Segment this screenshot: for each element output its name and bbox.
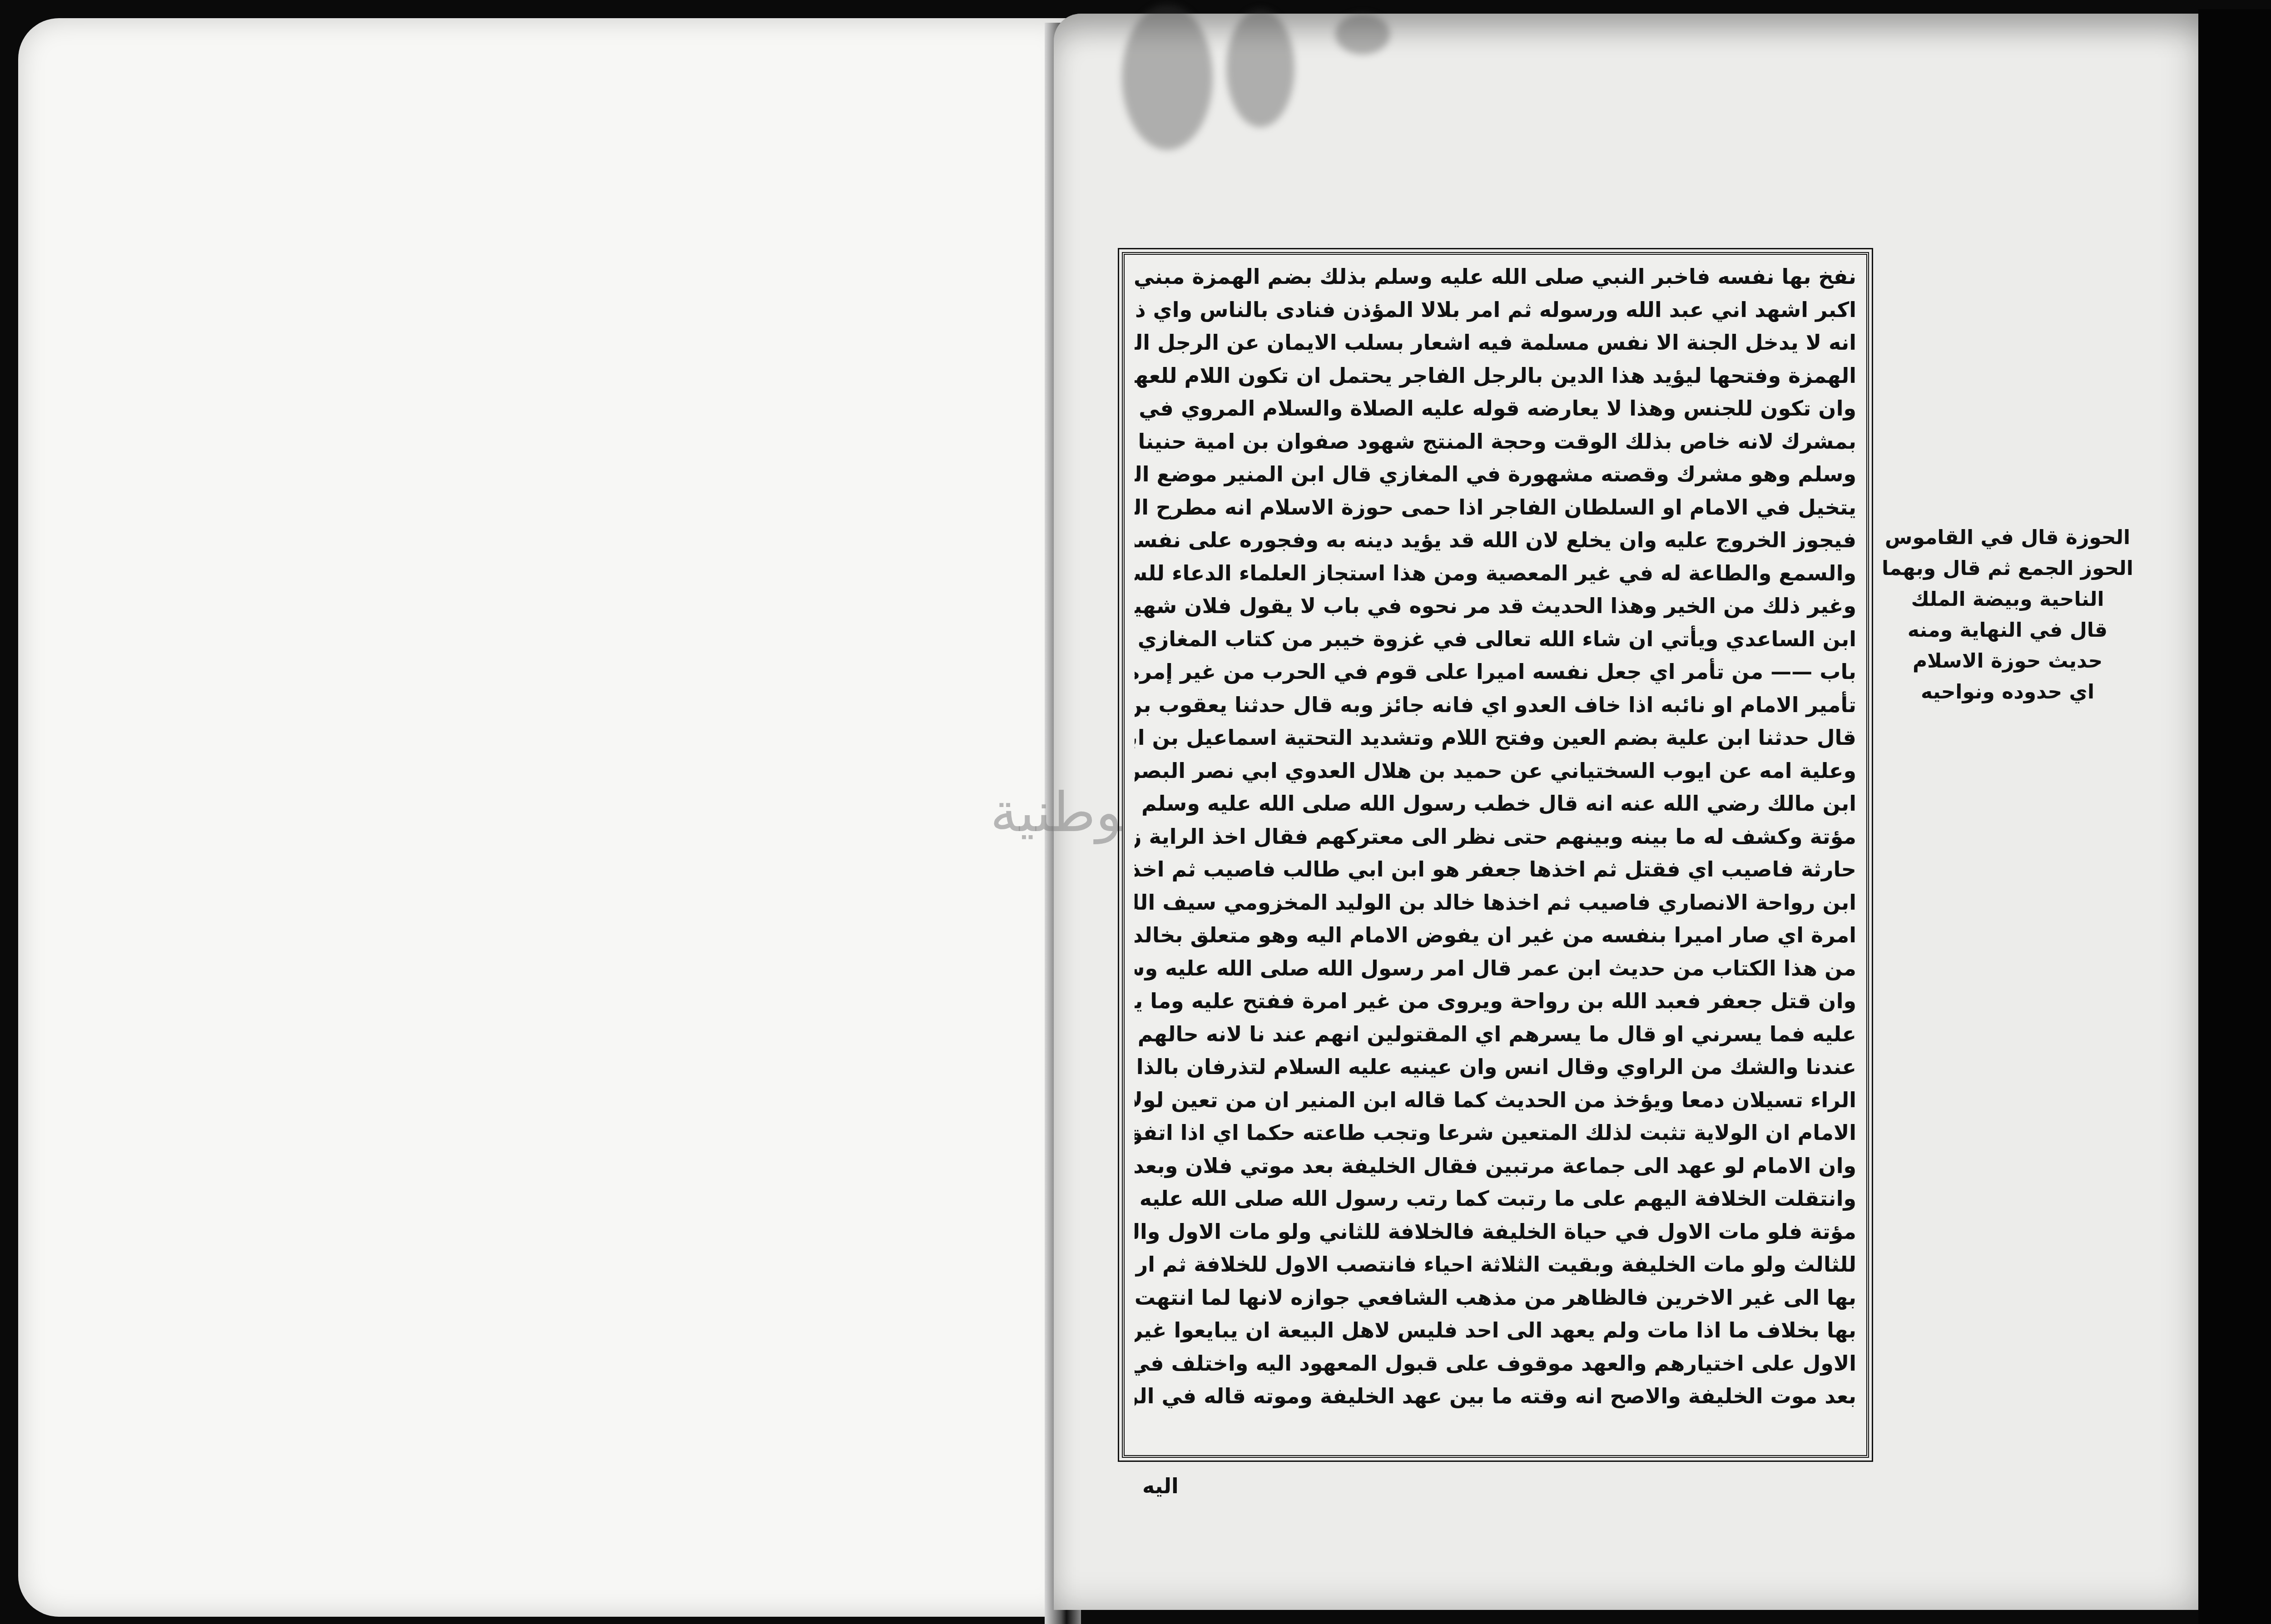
text-line: قال حدثنا ابن علية بضم العين وفتح اللام … bbox=[1135, 721, 1856, 754]
text-line: وغير ذلك من الخير وهذا الحديث قد مر نحوه… bbox=[1135, 589, 1856, 623]
margin-line: الحوزة قال في القاموس bbox=[1880, 522, 2135, 553]
text-line: مؤتة فلو مات الاول في حياة الخليفة فالخل… bbox=[1135, 1215, 1856, 1248]
water-stain bbox=[1122, 5, 1213, 150]
text-line: وسلم وهو مشرك وقصته مشهورة في المغازي قا… bbox=[1135, 458, 1856, 491]
text-line: من هذا الكتاب من حديث ابن عمر قال امر رس… bbox=[1135, 952, 1856, 985]
text-line: عليه فما يسرني او قال ما يسرهم اي المقتو… bbox=[1135, 1018, 1856, 1051]
margin-line: اي حدوده ونواحيه bbox=[1880, 677, 2135, 708]
text-line: تأمير الامام او نائبه اذا خاف العدو اي ف… bbox=[1135, 688, 1856, 722]
text-line: الاول على اختيارهم والعهد موقوف على قبول… bbox=[1135, 1347, 1856, 1380]
margin-line: الحوز الجمع ثم قال وبهما bbox=[1880, 553, 2135, 584]
margin-gloss: الحوزة قال في القاموس الحوز الجمع ثم قال… bbox=[1880, 522, 2135, 708]
text-line: ابن مالك رضي الله عنه انه قال خطب رسول ا… bbox=[1135, 787, 1856, 820]
text-line: الراء تسيلان دمعا ويؤخذ من الحديث كما قا… bbox=[1135, 1084, 1856, 1117]
text-line: وعلية امه عن ايوب السختياني عن حميد بن ه… bbox=[1135, 754, 1856, 787]
text-line: بعد موت الخليفة والاصح انه وقته ما بين ع… bbox=[1135, 1380, 1856, 1413]
text-line: وان قتل جعفر فعبد الله بن رواحة ويروى من… bbox=[1135, 985, 1856, 1018]
water-stain bbox=[1226, 9, 1294, 127]
text-line: انه لا يدخل الجنة الا نفس مسلمة فيه اشعا… bbox=[1135, 326, 1856, 359]
catchword: اليه bbox=[1142, 1474, 1179, 1498]
text-line: الامام ان الولاية تثبت لذلك المتعين شرعا… bbox=[1135, 1116, 1856, 1149]
text-line: وان تكون للجنس وهذا لا يعارضه قوله عليه … bbox=[1135, 392, 1856, 425]
text-line: فيجوز الخروج عليه وان يخلع لان الله قد ي… bbox=[1135, 524, 1856, 557]
text-line: عندنا والشك من الراوي وقال انس وان عينيه… bbox=[1135, 1050, 1856, 1084]
text-line: امرة اي صار اميرا بنفسه من غير ان يفوض ا… bbox=[1135, 919, 1856, 952]
text-line: يتخيل في الامام او السلطان الفاجر اذا حم… bbox=[1135, 491, 1856, 524]
text-line: وان الامام لو عهد الى جماعة مرتبين فقال … bbox=[1135, 1149, 1856, 1183]
text-line: باب —— من تأمر اي جعل نفسه اميرا على قوم… bbox=[1135, 655, 1856, 688]
margin-line: الناحية وبيضة الملك bbox=[1880, 584, 2135, 615]
text-line: اكبر اشهد اني عبد الله ورسوله ثم امر بلا… bbox=[1135, 293, 1856, 327]
water-stain bbox=[1335, 14, 1390, 54]
text-line: والسمع والطاعة له في غير المعصية ومن هذا… bbox=[1135, 557, 1856, 590]
text-line: ابن رواحة الانصاري فاصيب ثم اخذها خالد ب… bbox=[1135, 886, 1856, 919]
text-line: للثالث ولو مات الخليفة وبقيت الثلاثة احي… bbox=[1135, 1248, 1856, 1281]
text-line: بها بخلاف ما اذا مات ولم يعهد الى احد فل… bbox=[1135, 1314, 1856, 1347]
text-line: مؤتة وكشف له ما بينه وبينهم حتى نظر الى … bbox=[1135, 820, 1856, 853]
margin-line: قال في النهاية ومنه bbox=[1880, 615, 2135, 646]
text-line: بمشرك لانه خاص بذلك الوقت وحجة المنتج شه… bbox=[1135, 425, 1856, 458]
text-line: ابن الساعدي ويأتي ان شاء الله تعالى في غ… bbox=[1135, 623, 1856, 656]
text-line: الهمزة وفتحها ليؤيد هذا الدين بالرجل الف… bbox=[1135, 359, 1856, 392]
text-line: وانتقلت الخلافة اليهم على ما رتبت كما رت… bbox=[1135, 1182, 1856, 1215]
text-line: نفخ بها نفسه فاخبر النبي صلى الله عليه و… bbox=[1135, 260, 1856, 293]
text-line: حارثة فاصيب اي فقتل ثم اخذها جعفر هو ابن… bbox=[1135, 853, 1856, 886]
left-page-blank bbox=[18, 18, 1067, 1617]
margin-line: حديث حوزة الاسلام bbox=[1880, 646, 2135, 677]
main-text-block: نفخ بها نفسه فاخبر النبي صلى الله عليه و… bbox=[1122, 252, 1869, 1458]
scan-background-edge bbox=[2198, 9, 2271, 1624]
text-line: بها الى غير الاخرين فالظاهر من مذهب الشا… bbox=[1135, 1281, 1856, 1314]
